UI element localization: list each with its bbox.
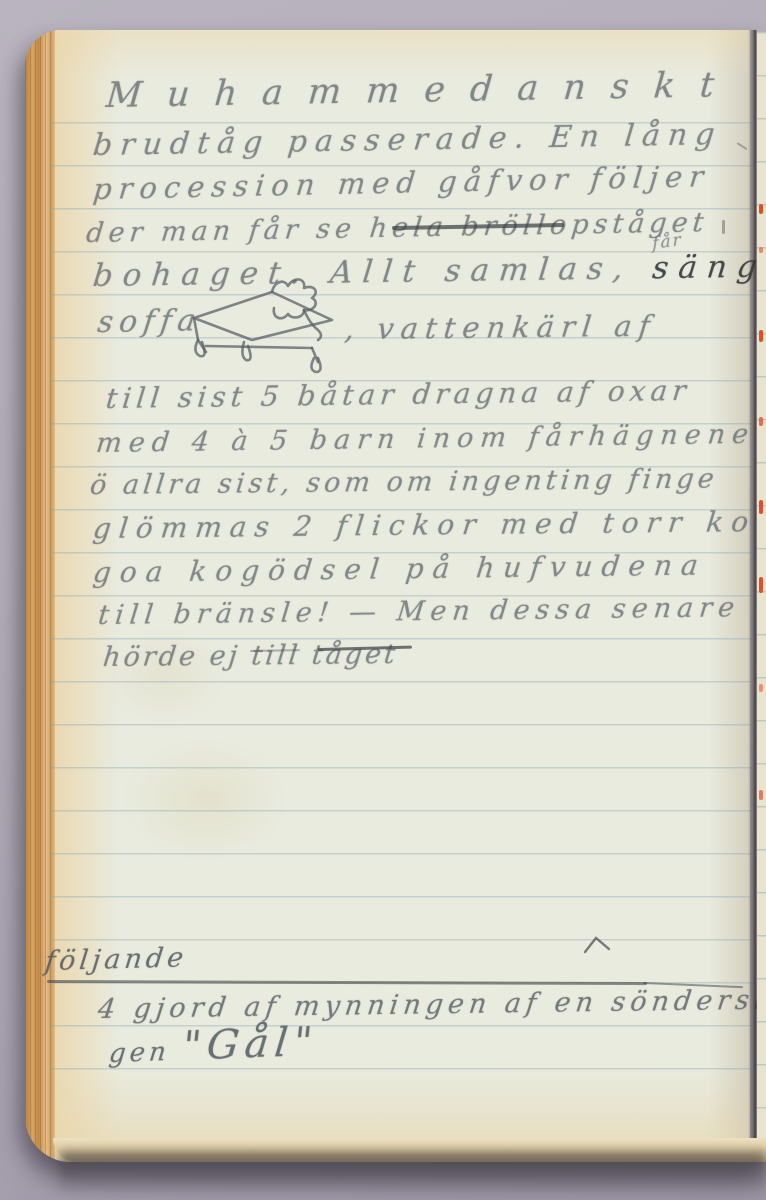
- red-pencil-mark: [759, 417, 763, 426]
- handwritten-text: gen: [107, 1037, 183, 1070]
- handwritten-text: ö allra sist, som om ingenting finge: [89, 463, 720, 501]
- handwritten-line-6b: , vattenkärl af: [343, 309, 658, 346]
- red-pencil-mark: [759, 500, 763, 514]
- handwritten-text: , vattenkärl af: [343, 309, 658, 346]
- gutter-fold: [748, 30, 757, 1162]
- inserted-word: får: [652, 230, 683, 254]
- red-pencil-mark: [759, 247, 763, 253]
- red-pencil-mark: [759, 790, 763, 800]
- red-pencil-mark: [759, 204, 763, 214]
- handwritten-line-9: ö allra sist, som om ingenting finge: [89, 463, 720, 501]
- handwritten-text: hörde ej till: [102, 640, 314, 673]
- struck-word: tåget: [310, 639, 400, 671]
- photo-backdrop: Muhammedanskt brudtåg passerade. En lång…: [0, 0, 766, 1200]
- handwritten-text: får: [652, 230, 683, 254]
- red-pencil-mark: [759, 684, 763, 692]
- red-pencil-mark: [759, 577, 763, 593]
- footer-line-2: gen "Gål": [107, 1019, 320, 1072]
- bed-sketch: [182, 276, 342, 380]
- stray-pencil-mark: [722, 220, 725, 234]
- red-pencil-mark: [759, 330, 763, 342]
- notebook: Muhammedanskt brudtåg passerade. En lång…: [25, 30, 766, 1162]
- handwritten-text: följande: [43, 942, 189, 977]
- handwritten-text: glömmas 2 flickor med torr ko: [91, 505, 758, 545]
- handwritten-line-13: hörde ej till tåget: [102, 639, 400, 673]
- dark-addition: säng: [631, 249, 766, 287]
- emphasized-word: "Gål": [180, 1019, 320, 1070]
- handwritten-line-10: glömmas 2 flickor med torr ko: [91, 505, 758, 545]
- adjacent-page-edge: [757, 32, 766, 1162]
- handwritten-text: bohaget. Allt samlas,: [91, 250, 635, 294]
- caret-mark: [583, 936, 613, 956]
- handwritten-text: der man får se hela: [85, 211, 463, 249]
- footer-label: följande: [43, 942, 189, 977]
- cast-shadow: [60, 1152, 766, 1194]
